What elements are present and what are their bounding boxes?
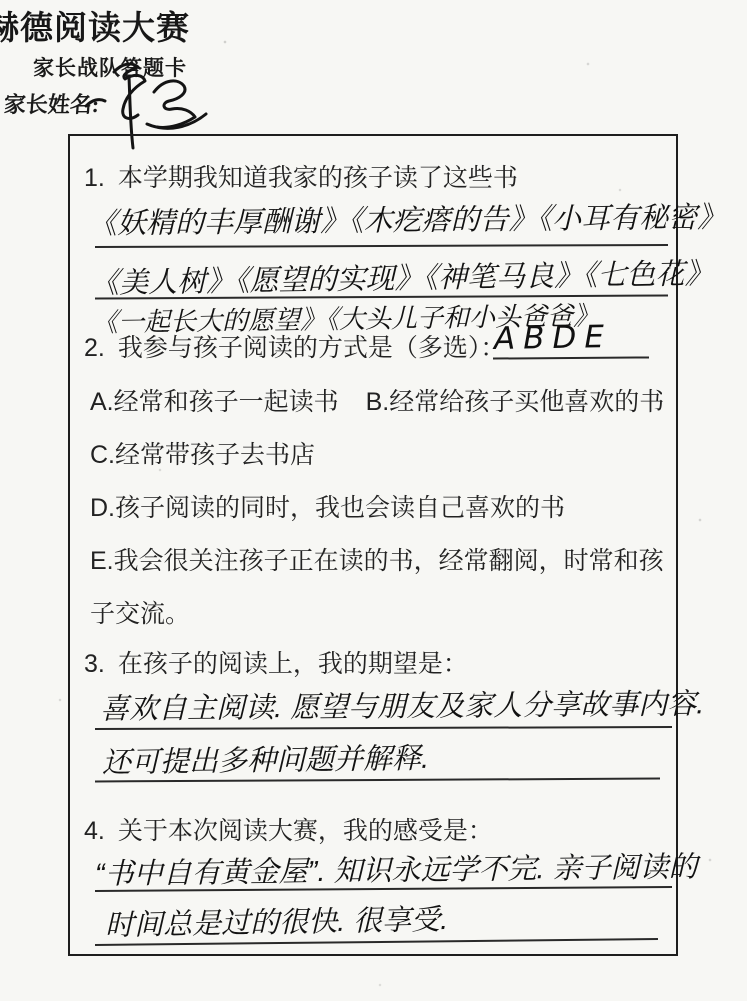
question-2-handwritten-answer: ABDE (494, 319, 613, 357)
question-1-prompt-line: 1.本学期我知道我家的孩子读了这些书 (84, 158, 518, 194)
question-4-prompt: 关于本次阅读大赛，我的感受是： (118, 817, 493, 845)
question-2-options: A.经常和孩子一起读书B.经常给孩子买他喜欢的书 C.经常带孩子去书店 D.孩子… (90, 376, 676, 641)
option-c: C.经常带孩子去书店 (90, 429, 676, 482)
question-1-number: 1. (84, 164, 105, 193)
option-e: E.我会很关注孩子正在读的书，经常翻阅，时常和孩子交流。 (90, 535, 676, 641)
question-4-prompt-line: 4.关于本次阅读大赛，我的感受是： (84, 811, 493, 847)
scanned-answer-card-page: 赫德阅读大赛 家长战队答题卡 家长姓名: 1.本学期我知道我家的孩子读了这些书 … (0, 0, 747, 1001)
option-b: B.经常给孩子买他喜欢的书 (366, 388, 665, 416)
question-1-handwritten-line-1: 《妖精的丰厚酬谢》《木疙瘩的告》《小耳有秘密》 (88, 195, 726, 243)
question-3-handwritten-line-1: 喜欢自主阅读. 愿望与朋友及家人分享故事内容. (100, 681, 705, 727)
question-4-handwritten-line-1: “书中自有黄金屋”. 知识永远学不完. 亲子阅读的 (95, 844, 698, 892)
question-3-handwritten-line-2: 还可提出多种问题并解释. (102, 736, 430, 782)
question-3-prompt-line: 3.在孩子的阅读上，我的期望是： (84, 644, 468, 680)
option-d: D.孩子阅读的同时，我也会读自己喜欢的书 (90, 482, 676, 535)
question-2-prompt: 我参与孩子阅读的方式是（多选）： (118, 334, 506, 362)
question-2-prompt-line: 2.我参与孩子阅读的方式是（多选）： (84, 328, 505, 364)
question-3-number: 3. (84, 650, 105, 679)
page-title: 赫德阅读大赛 (0, 2, 190, 49)
question-3-prompt: 在孩子的阅读上，我的期望是： (118, 650, 468, 678)
option-a: A.经常和孩子一起读书 (90, 388, 339, 416)
option-row-ab: A.经常和孩子一起读书B.经常给孩子买他喜欢的书 (90, 376, 676, 429)
question-4-number: 4. (84, 817, 105, 846)
question-4-handwritten-line-2: 时间总是过的很快. 很享受. (105, 897, 449, 944)
question-2-number: 2. (84, 334, 105, 363)
question-1-prompt: 本学期我知道我家的孩子读了这些书 (118, 164, 518, 192)
